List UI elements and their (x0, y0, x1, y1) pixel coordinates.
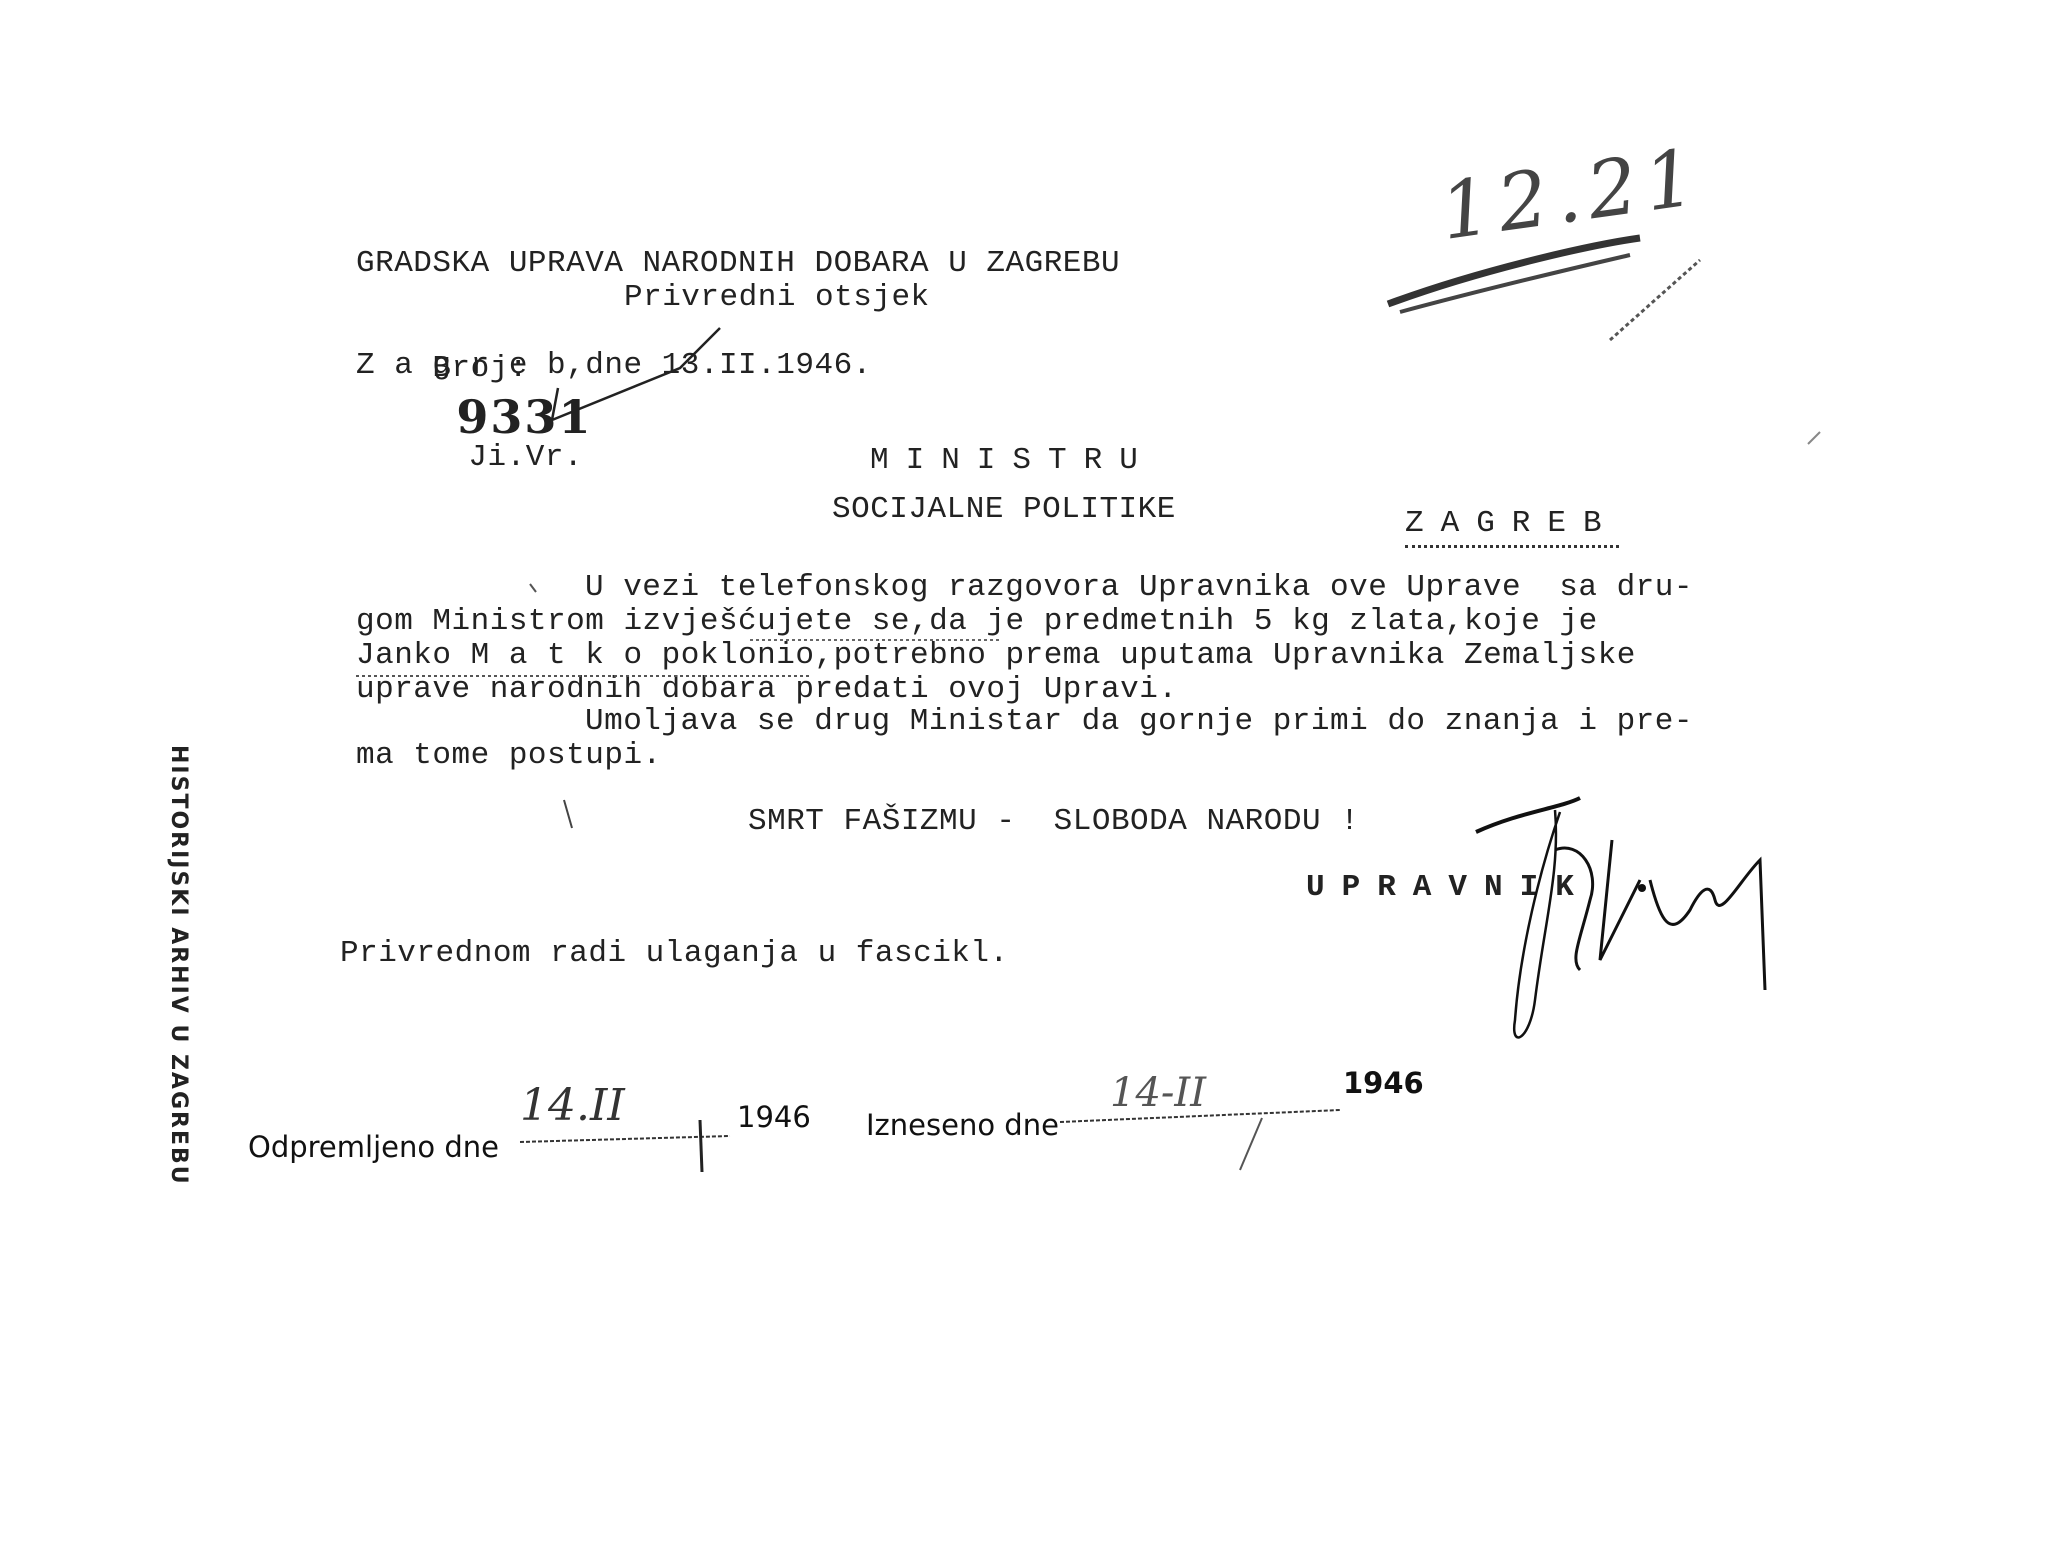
checkmark-icon (552, 328, 720, 420)
document-page: GRADSKA UPRAVA NARODNIH DOBARA U ZAGREBU… (0, 0, 2061, 1553)
reference-strike-icon (1388, 238, 1640, 304)
signature-icon (1476, 798, 1580, 832)
handwritten-marks (0, 0, 2061, 1553)
